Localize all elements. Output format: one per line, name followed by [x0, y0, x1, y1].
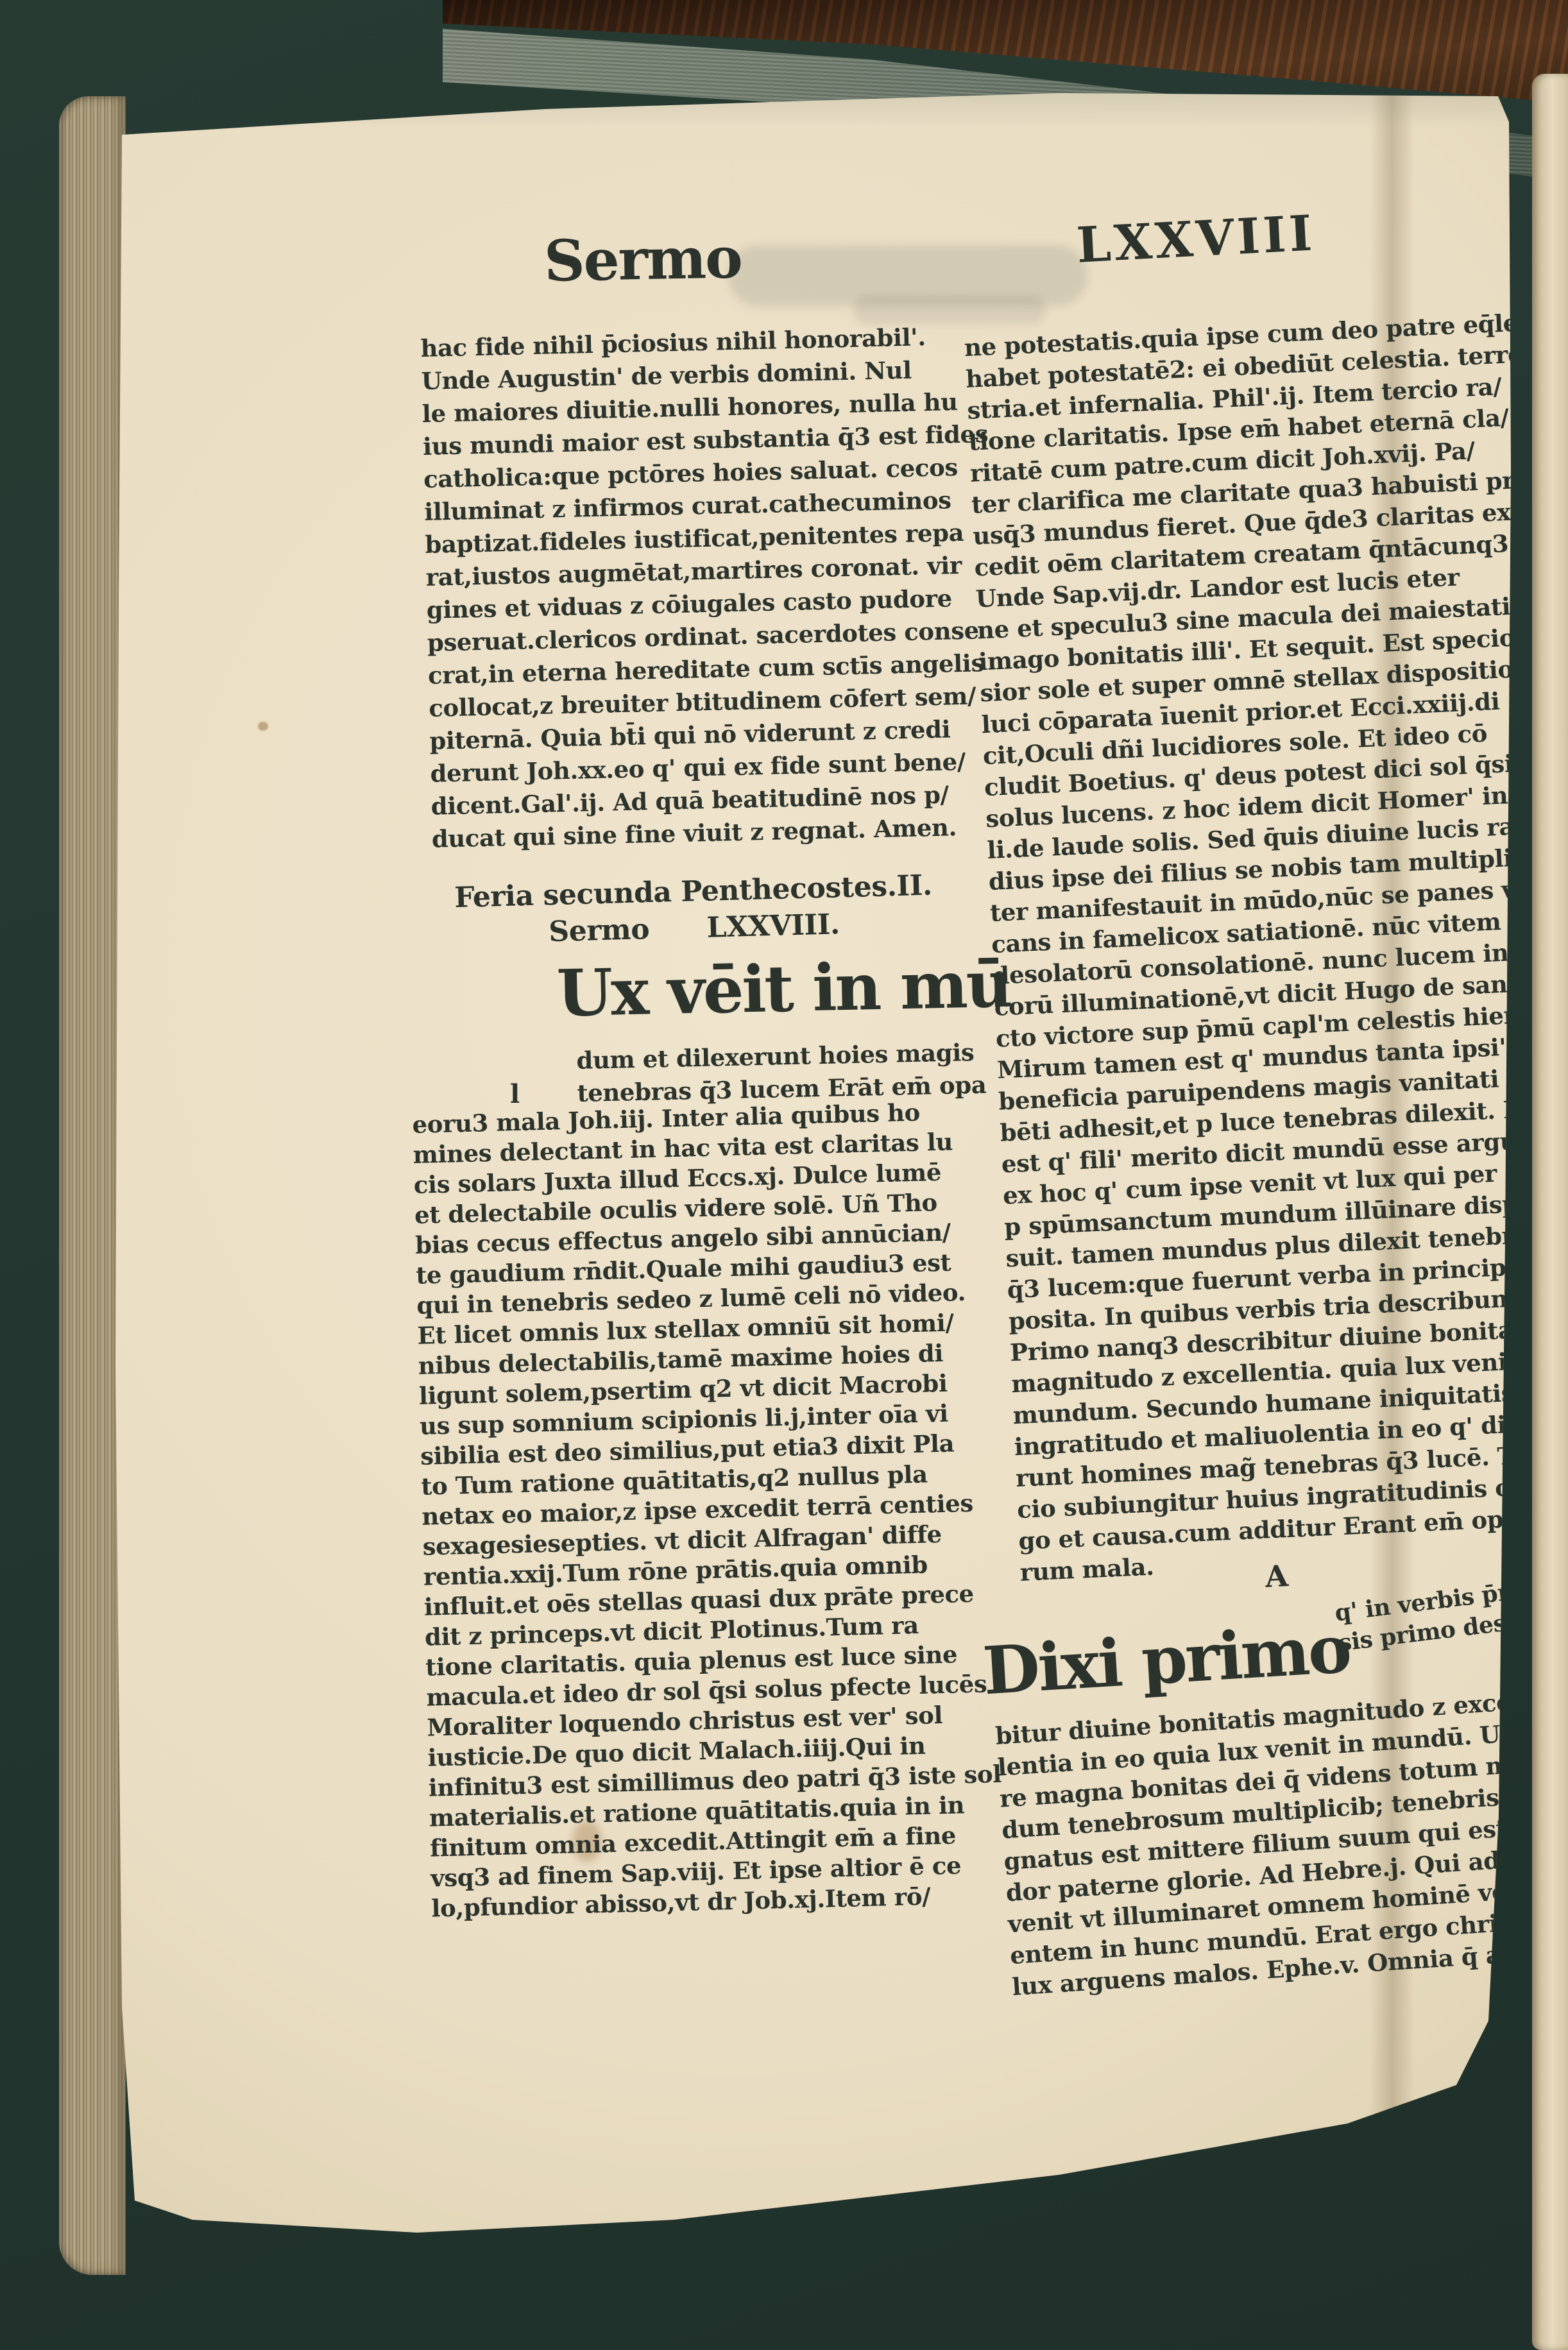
folio-number: LXXVIII [1075, 204, 1317, 273]
quire-signature-mark: A [1265, 1558, 1289, 1594]
left-page-stack-edge [59, 96, 126, 2275]
right-column-body-2: bitur diuine bonitatis magnitudo z excel… [994, 1683, 1568, 2003]
sermon-incipit-large: Ux vēit in mū [556, 946, 1012, 1032]
running-header-title: Sermo [543, 224, 742, 294]
right-column-body: ne potestatis.quia ipse cum deo patre eq… [964, 306, 1568, 1588]
photo-of-open-book: Sermo LXXVIII hac fide nihil p̄ciosius n… [0, 0, 1568, 2350]
section-heading: Feria secunda Penthecostes.II. Sermo LXX… [430, 867, 958, 953]
facing-page-edge [1532, 74, 1568, 2350]
left-column-body: eoru3 mala Joh.iij. Inter alia quibus ho… [412, 1096, 1005, 1923]
margin-guide-letter: l [510, 1079, 520, 1109]
left-column-paragraph-1: hac fide nihil p̄ciosius nihil honorabil… [420, 319, 998, 856]
dixi-primo-incipit-large: Dixi primo [981, 1611, 1352, 1710]
book-page: Sermo LXXVIII hac fide nihil p̄ciosius n… [96, 83, 1521, 2290]
incipit-side-lines: q' in verbis p̄missis primo descri/ [1333, 1573, 1549, 1658]
foxing-spot [258, 722, 268, 731]
